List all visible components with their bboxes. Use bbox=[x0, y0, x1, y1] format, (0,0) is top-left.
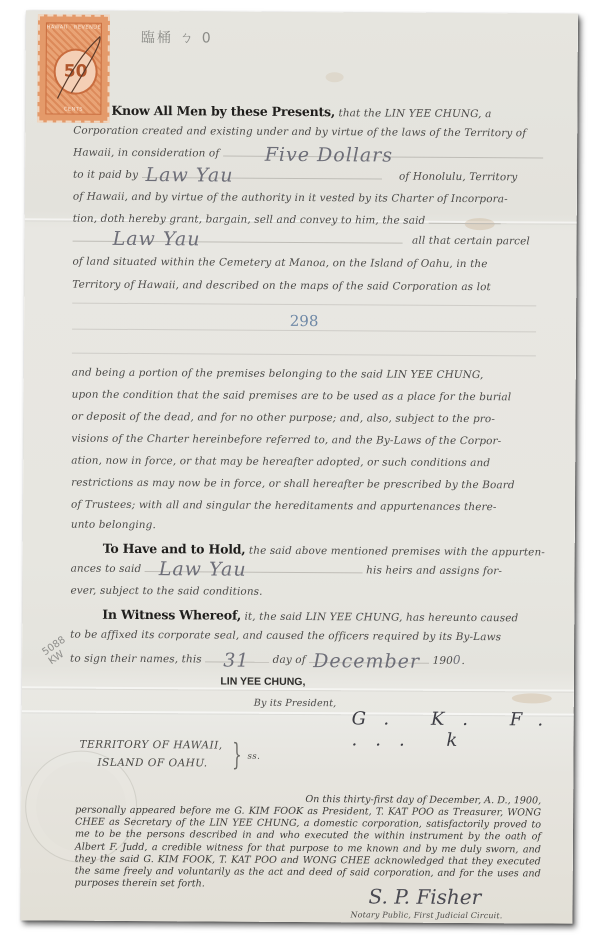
month-field: December bbox=[309, 662, 429, 664]
preamble-line-4: to it paid by Law Yau of Honolulu, Terri… bbox=[73, 169, 537, 184]
president-signature: G. K. F. ... k bbox=[351, 708, 573, 751]
preamble-line-6: tion, doth hereby grant, bargain, sell a… bbox=[73, 213, 537, 228]
preamble-line-2: Corporation created and existing under a… bbox=[73, 125, 537, 140]
conditions-line: of Trustees; with all and singular the h… bbox=[71, 499, 535, 514]
conditions-line: restrictions as may now be in force, or … bbox=[71, 477, 535, 492]
cancel-mark-icon bbox=[49, 32, 109, 102]
venue-territory: TERRITORY OF HAWAII, bbox=[79, 739, 222, 752]
habendum-heading: To Have and to Hold, bbox=[103, 541, 246, 557]
habendum-line-2: ances to said Law Yau his heirs and assi… bbox=[71, 563, 535, 578]
notary-title: Notary Public, First Judicial Circuit. bbox=[350, 910, 532, 920]
testimonium-line-2: to be affixed its corporate seal, and ca… bbox=[70, 629, 534, 644]
preamble-line-8: of land situated within the Cemetery at … bbox=[72, 256, 536, 271]
habendum-grantee-field: Law Yau bbox=[145, 571, 363, 573]
preamble-line-7: Law Yau all that certain parcel bbox=[73, 233, 537, 248]
day-handwritten: 31 bbox=[223, 650, 249, 672]
grantee-field: Law Yau bbox=[73, 241, 403, 244]
pencil-notation: 臨桶 ㄅ 0 bbox=[141, 27, 213, 47]
consideration-handwritten: Five Dollars bbox=[265, 144, 393, 167]
stamp-bottom-text: CENTS bbox=[39, 106, 107, 112]
deed-document: HAWAII · REVENUE 50 CENTS 臨桶 ㄅ 0 Know Al… bbox=[20, 10, 578, 923]
conditions-line: and being a portion of the premises belo… bbox=[72, 367, 536, 382]
habendum-line-1: To Have and to Hold, the said above ment… bbox=[103, 541, 535, 559]
year-handwritten-digit: 0 bbox=[453, 653, 462, 667]
venue-brace-icon: } bbox=[232, 738, 242, 773]
conditions-line: upon the condition that the said premise… bbox=[72, 389, 536, 404]
month-handwritten: December bbox=[313, 650, 420, 673]
ss-label: ss. bbox=[247, 752, 260, 762]
consideration-field: Five Dollars bbox=[223, 156, 543, 159]
notary-signature: S. P. Fisher bbox=[369, 884, 482, 909]
testimonium-line-1: In Witness Whereof, it, the said LIN YEE… bbox=[102, 607, 534, 625]
testimonium-heading: In Witness Whereof, bbox=[102, 607, 241, 623]
acknowledgment-body: personally appeared before me G. KIM FOO… bbox=[75, 805, 542, 893]
grantee-handwritten: Law Yau bbox=[113, 228, 201, 251]
habendum-line-3: ever, subject to the said conditions. bbox=[70, 585, 534, 600]
preamble-heading: Know All Men by these Presents, bbox=[111, 103, 335, 119]
stain bbox=[326, 72, 344, 82]
rule bbox=[72, 353, 536, 357]
revenue-stamp: HAWAII · REVENUE 50 CENTS bbox=[37, 14, 110, 122]
payer-handwritten: Law Yau bbox=[146, 164, 234, 187]
preamble-line-5: of Hawaii, and by virtue of the authorit… bbox=[73, 191, 537, 206]
preamble-line-3: Hawaii, in consideration of Five Dollars bbox=[73, 147, 537, 162]
stamp-top-text: HAWAII · REVENUE bbox=[40, 24, 108, 30]
conditions-line: ation, now in force, or that may be here… bbox=[71, 455, 535, 470]
conditions-line: or deposit of the dead, and for no other… bbox=[71, 411, 535, 426]
venue-island: ISLAND OF OAHU. bbox=[97, 757, 207, 770]
conditions-line: unto belonging. bbox=[71, 519, 535, 534]
preamble-line-9: Territory of Hawaii, and described on th… bbox=[72, 279, 536, 294]
payer-field: Law Yau bbox=[142, 177, 382, 179]
conditions-line: visions of the Charter hereinbefore refe… bbox=[71, 433, 535, 448]
preamble-line-1: Know All Men by these Presents, that the… bbox=[111, 103, 537, 121]
testimonium-line-3: to sign their names, this 31 day of Dece… bbox=[70, 651, 534, 668]
rule bbox=[72, 303, 536, 307]
habendum-grantee-handwritten: Law Yau bbox=[159, 558, 247, 581]
day-field: 31 bbox=[205, 661, 269, 662]
